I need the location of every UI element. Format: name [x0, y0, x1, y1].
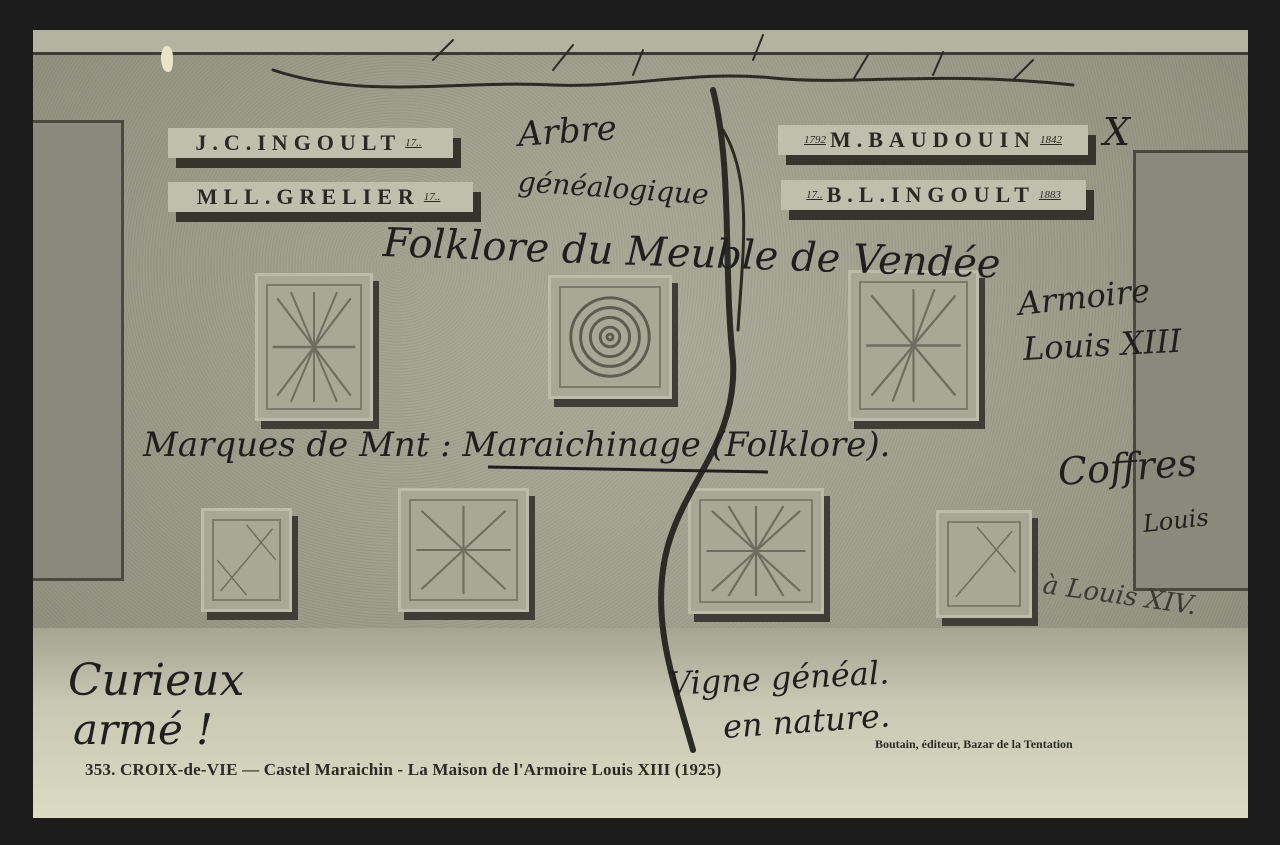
- plaque-year: 1792: [804, 134, 826, 146]
- plaque-year: 17..: [405, 137, 422, 149]
- handwritten-x-mark: X: [1103, 110, 1130, 154]
- handwritten-genealogique: généalogique: [517, 165, 710, 211]
- handwritten-folklore-meuble: Folklore du Meuble de Vendée: [382, 220, 1001, 288]
- publisher-credit: Boutain, éditeur, Bazar de la Tentation: [875, 737, 1073, 752]
- panel-concentric: [548, 275, 672, 399]
- plaque-jc-ingoult: J.C.INGOULT 17..: [168, 128, 453, 158]
- handwritten-curieux: Curieux: [68, 655, 244, 706]
- panel-star-upper-left: [255, 273, 373, 421]
- panel-diagonal-lower-4: [936, 510, 1032, 618]
- panel-diagonal-lower-1: [201, 508, 292, 612]
- panel-star-upper-right: [848, 270, 979, 421]
- handwritten-marques: Marques de Mnt : Maraichinage (Folklore)…: [143, 425, 890, 465]
- plaque-year: 17..: [806, 189, 823, 201]
- handwritten-arme: armé !: [73, 705, 213, 754]
- star-motif-icon: [268, 286, 360, 408]
- panel-star-lower-3: [688, 488, 824, 614]
- plaque-text: M.BAUDOUIN: [830, 127, 1036, 153]
- plaque-year: 17..: [424, 191, 441, 203]
- plaque-grelier: MLL.GRELIER 17..: [168, 182, 473, 212]
- star-motif-icon: [861, 283, 966, 408]
- panel-star-lower-2: [398, 488, 529, 612]
- diagonal-lines-icon: [214, 521, 279, 599]
- handwritten-armoire: Armoire: [1016, 271, 1152, 323]
- plaque-year: 1842: [1040, 134, 1062, 146]
- plaque-text: J.C.INGOULT: [195, 130, 401, 156]
- diagonal-lines-icon: [949, 523, 1019, 605]
- postcard-caption: 353. CROIX-de-VIE — Castel Maraichin - L…: [85, 760, 721, 780]
- handwritten-arbre: Arbre: [517, 108, 619, 155]
- plaque-baudouin: 1792 M.BAUDOUIN 1842: [778, 125, 1088, 155]
- postcard: J.C.INGOULT 17.. MLL.GRELIER 17.. 1792 M…: [33, 30, 1248, 818]
- left-shutter: [33, 120, 124, 581]
- plaque-text: MLL.GRELIER: [197, 184, 420, 210]
- lintel: [33, 30, 1248, 55]
- underline-mark: [488, 466, 768, 474]
- plaque-bl-ingoult: 17.. B.L.INGOULT 1883: [781, 180, 1086, 210]
- star-motif-icon: [411, 501, 516, 599]
- plaque-text: B.L.INGOULT: [827, 182, 1035, 208]
- concentric-circles-icon: [561, 288, 659, 386]
- star-motif-icon: [701, 501, 811, 601]
- plaque-year: 1883: [1039, 189, 1061, 201]
- paper-stain: [161, 46, 173, 72]
